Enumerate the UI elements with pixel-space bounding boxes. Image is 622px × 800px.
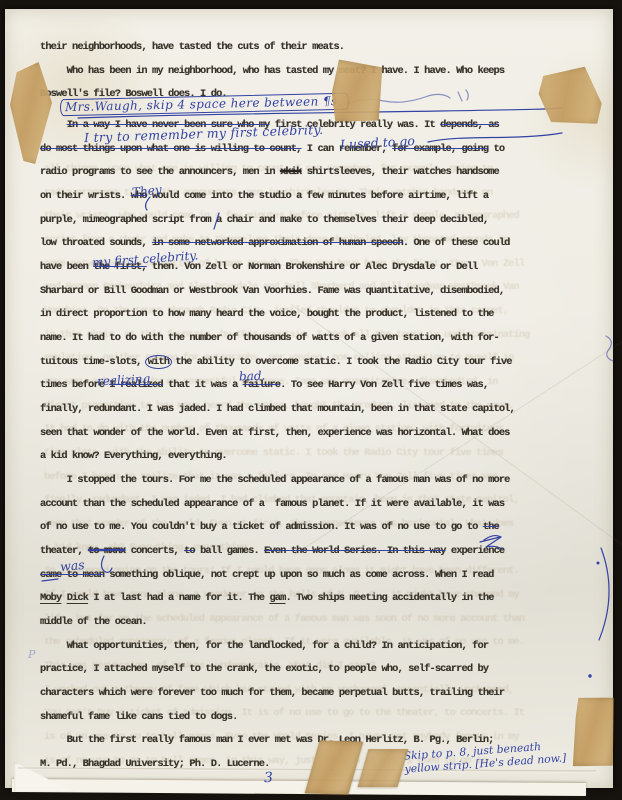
handwritten-edit-was: was bbox=[59, 557, 85, 574]
handwritten-edit-bad: bad. bbox=[239, 369, 266, 384]
ink-slash-script bbox=[214, 213, 219, 229]
scanned-document: all things, upon what one is willing to … bbox=[0, 0, 622, 800]
ink-dot-margin2 bbox=[588, 674, 591, 677]
ink-dot-margin1 bbox=[597, 562, 600, 565]
ink-squiggle-right-margin bbox=[606, 336, 613, 361]
faint-margin-mark: P bbox=[28, 648, 35, 661]
ink-dash-used-to-go bbox=[428, 133, 562, 142]
ink-dash-came bbox=[42, 579, 58, 581]
page-number: 3 bbox=[264, 770, 274, 786]
handwritten-edit-realizing: realizing bbox=[97, 372, 151, 389]
ink-marks-overlay bbox=[0, 0, 622, 800]
tape-piece-top-middle bbox=[328, 59, 385, 127]
tape-piece-bottom-right bbox=[573, 696, 615, 767]
ink-margin-bracket bbox=[599, 548, 609, 640]
ink-loop-theater bbox=[102, 556, 113, 572]
ink-insert-mark-experience bbox=[480, 536, 502, 549]
ink-caret-they bbox=[146, 197, 150, 210]
